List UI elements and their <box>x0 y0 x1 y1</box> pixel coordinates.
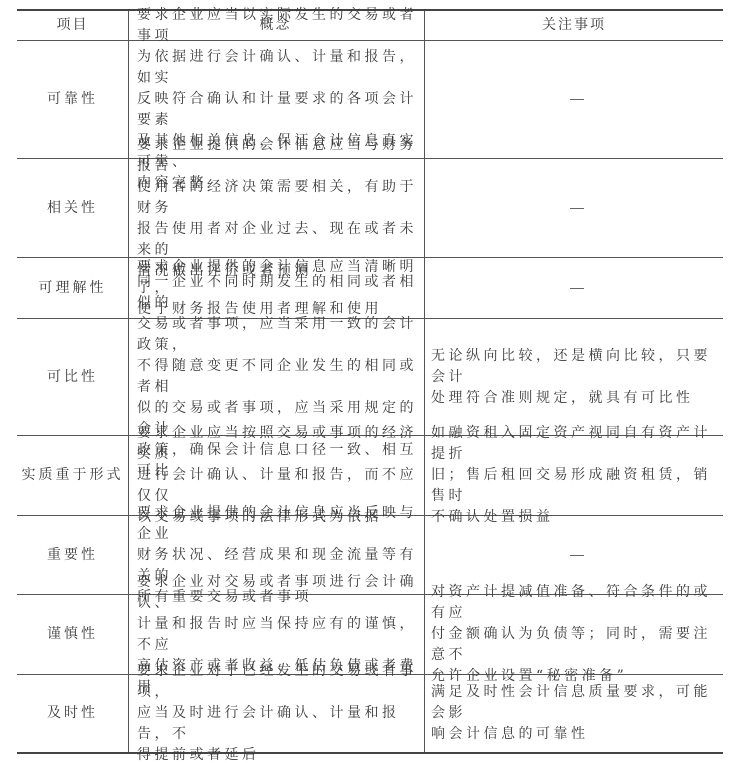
notes-cell <box>425 41 723 158</box>
concept-cell: 要求企业对于已经发生的交易或者事项， 应当及时进行会计确认、计量和报告，不 得提… <box>129 675 425 752</box>
item-cell: 可比性 <box>17 319 129 435</box>
notes-cell: 无论纵向比较，还是横向比较，只要会计 处理符合准则规定，就具有可比性 <box>425 319 723 435</box>
item-cell: 谨慎性 <box>17 595 129 674</box>
notes-cell <box>425 159 723 257</box>
empty-dash <box>570 208 584 209</box>
item-cell: 实质重于形式 <box>17 436 129 515</box>
accounting-quality-table: 项目 概念 关注事项 可靠性 要求企业应当以实际发生的交易或者事项 为依据进行会… <box>17 9 723 754</box>
notes-cell <box>425 258 723 318</box>
notes-cell: 满足及时性会计信息质量要求，可能会影 响会计信息的可靠性 <box>425 675 723 752</box>
empty-dash <box>570 555 584 556</box>
item-cell: 及时性 <box>17 675 129 752</box>
concept-cell: 同一企业不同时期发生的相同或者相似的 交易或者事项，应当采用一致的会计政策， 不… <box>129 319 425 435</box>
notes-cell: 对资产计提减值准备、符合条件的或有应 付金额确认为负债等；同时，需要注意不 允许… <box>425 595 723 674</box>
empty-dash <box>570 288 584 289</box>
concept-cell: 要求企业提供的会计信息应当与财务报告 使用者的经济决策需要相关，有助于财务 报告… <box>129 159 425 257</box>
table-row-comparability: 可比性 同一企业不同时期发生的相同或者相似的 交易或者事项，应当采用一致的会计政… <box>17 319 723 436</box>
empty-dash <box>570 99 584 100</box>
notes-cell: 如融资租入固定资产视同自有资产计提折 旧；售后租回交易形成融资租赁，销售时 不确… <box>425 436 723 515</box>
header-notes: 关注事项 <box>425 11 723 40</box>
table-row-relevance: 相关性 要求企业提供的会计信息应当与财务报告 使用者的经济决策需要相关，有助于财… <box>17 159 723 258</box>
item-cell: 可靠性 <box>17 41 129 158</box>
item-cell: 相关性 <box>17 159 129 257</box>
header-item: 项目 <box>17 11 129 40</box>
item-cell: 可理解性 <box>17 258 129 318</box>
table-row-timeliness: 及时性 要求企业对于已经发生的交易或者事项， 应当及时进行会计确认、计量和报告，… <box>17 675 723 752</box>
item-cell: 重要性 <box>17 516 129 594</box>
